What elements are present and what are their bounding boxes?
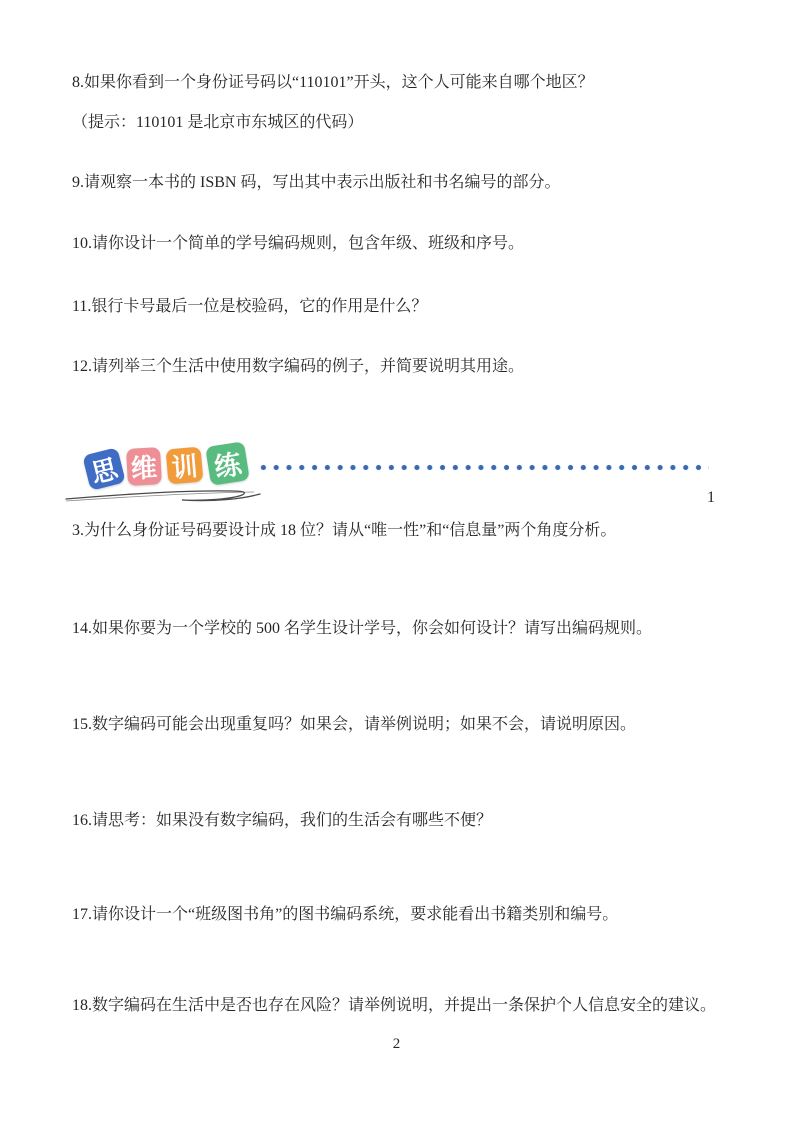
page-number: 2 <box>0 1036 793 1053</box>
question-8-hint: （提示：110101 是北京市东城区的代码） <box>72 113 363 132</box>
question-18: 18.数字编码在生活中是否也存在风险？请举例说明，并提出一条保护个人信息安全的建… <box>72 996 716 1015</box>
question-15: 15.数字编码可能会出现重复吗？如果会，请举例说明；如果不会，请说明原因。 <box>72 715 636 734</box>
question-13: 3.为什么身份证号码要设计成 18 位？请从“唯一性”和“信息量”两个角度分析。 <box>72 521 616 540</box>
badge-tile-wei: 维 <box>126 447 162 486</box>
badge-tile-lian: 练 <box>205 441 250 486</box>
dotted-divider <box>257 462 709 473</box>
question-9: 9.请观察一本书的 ISBN 码，写出其中表示出版社和书名编号的部分。 <box>72 173 560 192</box>
badge-tile-xun: 训 <box>166 447 204 485</box>
worksheet-page: 8.如果你看到一个身份证号码以“110101”开头，这个人可能来自哪个地区？ （… <box>0 0 793 1122</box>
question-10: 10.请你设计一个简单的学号编码规则，包含年级、班级和序号。 <box>72 234 524 253</box>
question-14: 14.如果你要为一个学校的 500 名学生设计学号，你会如何设计？请写出编码规则… <box>72 619 652 638</box>
question-8: 8.如果你看到一个身份证号码以“110101”开头，这个人可能来自哪个地区？ <box>72 73 594 92</box>
question-17: 17.请你设计一个“班级图书角”的图书编码系统，要求能看出书籍类别和编号。 <box>72 905 618 924</box>
question-12: 12.请列举三个生活中使用数字编码的例子，并简要说明其用途。 <box>72 357 524 376</box>
hand-drawn-underline <box>64 482 264 508</box>
question-16: 16.请思考：如果没有数字编码，我们的生活会有哪些不便？ <box>72 811 492 830</box>
wrapped-digit: 1 <box>707 489 715 507</box>
question-11: 11.银行卡号最后一位是校验码，它的作用是什么？ <box>72 297 427 316</box>
